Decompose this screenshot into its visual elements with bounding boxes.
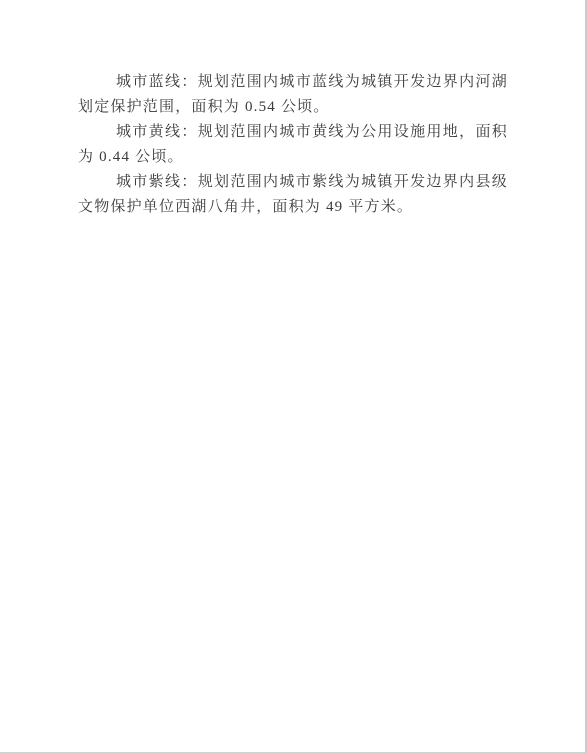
text-block: 城市蓝线：规划范围内城市蓝线为城镇开发边界内河湖划定保护范围，面积为 0.54 …: [78, 70, 508, 220]
paragraph-city-blue-line: 城市蓝线：规划范围内城市蓝线为城镇开发边界内河湖划定保护范围，面积为 0.54 …: [78, 70, 508, 120]
paragraph-city-yellow-line: 城市黄线：规划范围内城市黄线为公用设施用地，面积为 0.44 公顷。: [78, 120, 508, 170]
document-page: 城市蓝线：规划范围内城市蓝线为城镇开发边界内河湖划定保护范围，面积为 0.54 …: [0, 0, 587, 754]
paragraph-city-purple-line: 城市紫线：规划范围内城市紫线为城镇开发边界内县级文物保护单位西湖八角井，面积为 …: [78, 170, 508, 220]
